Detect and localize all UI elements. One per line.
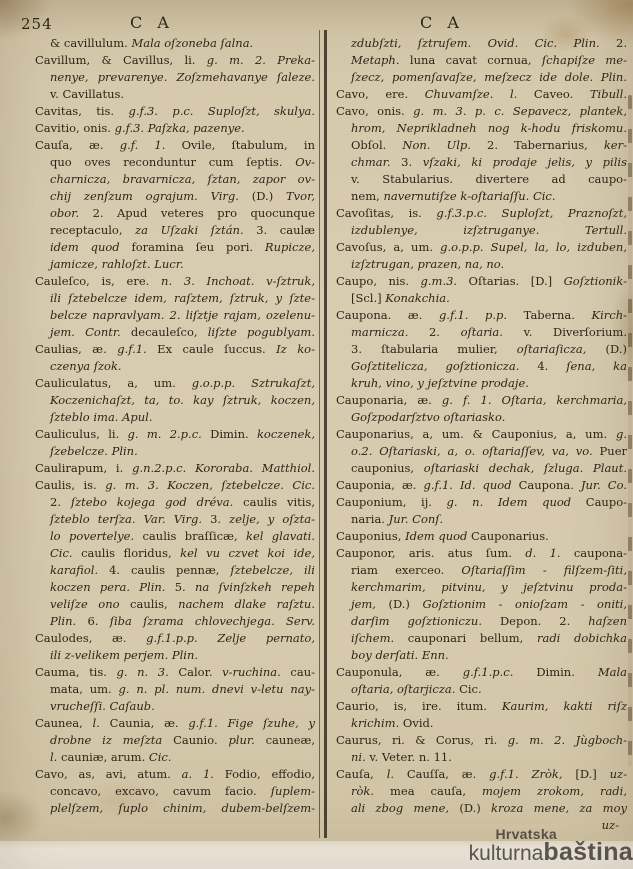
running-header-left: C A — [82, 13, 222, 32]
text-line: Cauponarius, a, um. & Cauponius, a, um. … — [336, 426, 627, 443]
roman-text: cauniæ, arum. — [61, 750, 149, 764]
text-line: belcze napravlyam. 2. liſztje rajam, oze… — [35, 307, 315, 324]
italic-text: ſzteblo ima. Apul. — [50, 410, 153, 424]
text-line: ali zbog mene, (D.) kroza mene, za moy — [336, 800, 627, 817]
text-line: boy derſati. Enn. — [336, 647, 627, 664]
text-line: & cavillulum. Mala oſzoneba ſalna. — [35, 35, 315, 52]
italic-text: l. — [387, 767, 407, 781]
text-line: Cic. caulis floridus, kel vu czvet koi i… — [35, 545, 315, 562]
text-line: Cavo, onis. g. m. 3. p. c. Sepavecz, pla… — [336, 103, 627, 120]
italic-text: obor. — [50, 206, 93, 220]
italic-text: Kirch- — [592, 308, 628, 322]
roman-text: nem, — [351, 189, 383, 203]
roman-text: cau- — [290, 665, 315, 679]
roman-text: cauneæ, — [266, 733, 315, 747]
text-line: concavo, excavo, cavum facio. ſuplem- — [35, 783, 315, 800]
roman-text: [Scl.] — [351, 291, 385, 305]
italic-text: vrucheſſi. Caſaub. — [50, 699, 155, 713]
roman-text: (D.) — [459, 801, 491, 815]
text-line: marnicza. 2. oſtaria. v. Diverſorium. — [336, 324, 627, 341]
roman-text: (D.) — [388, 597, 422, 611]
text-line: Goſztitelicza, goſztionicza. 4. ſena, ka — [336, 358, 627, 375]
italic-text: ſiba ſzrama chlovechjega. Serv. — [110, 614, 315, 628]
text-line: ſzteblo terſza. Var. Virg. 3. zelje, y o… — [35, 511, 315, 528]
italic-text: g.f.1. Id. quod — [423, 478, 518, 492]
roman-text: 6. — [87, 614, 109, 628]
watermark-line2: kulturnabaština — [469, 840, 633, 868]
roman-text: receptaculo, — [50, 223, 135, 237]
italic-text: g.f.1.p.c. — [463, 665, 537, 679]
roman-text: v. Stabularius. divertere ad caupo- — [351, 172, 627, 186]
roman-text: 3. ſtabularia mulier, — [351, 342, 517, 356]
italic-text: Oſtariaſſim - filſzem-ſiti, — [461, 563, 627, 577]
italic-text: g.f.1. Fige ſzuhe, y — [188, 716, 315, 730]
italic-text: ſzebelcze. Plin. — [50, 444, 138, 458]
text-line: koczen pera. Plin. 5. na ſvinſzkeh repeh — [35, 579, 315, 596]
text-line: Cavo, as, avi, atum. a. 1. Fodio, effodi… — [35, 766, 315, 783]
roman-text: Cic. — [459, 682, 482, 696]
roman-text: Cavo, as, avi, atum. — [35, 767, 182, 781]
roman-text: caulis braſſicæ, — [142, 529, 246, 543]
italic-text: Plin. — [50, 614, 87, 628]
roman-text: 5. — [175, 580, 195, 594]
text-line: Cauponor, aris. atus ſum. d. 1. caupona- — [336, 545, 627, 562]
roman-text: v. Cavillatus. — [50, 87, 124, 101]
roman-text: Dimin. — [210, 427, 257, 441]
italic-text: haſzen — [588, 614, 627, 628]
text-line: ili ſztebelcze idem, raſztem, ſztruk, y … — [35, 290, 315, 307]
italic-text: Koczenichaſzt, ta, to. kay ſztruk, kocze… — [50, 393, 315, 407]
text-line: lo povertelye. caulis braſſicæ, kel glav… — [35, 528, 315, 545]
roman-text: Cavo, ere. — [336, 87, 425, 101]
text-line: Caupo, nis. g.m.3. Oſtarias. [D.] Goſzti… — [336, 273, 627, 290]
italic-text: Mala oſzoneba ſalna. — [131, 36, 253, 50]
text-line: Cauponaria, æ. g. f. 1. Oſtaria, kerchma… — [336, 392, 627, 409]
roman-text: Cavoſitas, is. — [336, 206, 436, 220]
italic-text: darſim goſztioniczu. — [351, 614, 500, 628]
roman-text: Cauponium, ij. — [336, 495, 447, 509]
text-line: iſchem. cauponari bellum, radi dobichka — [336, 630, 627, 647]
italic-text: za Uſzaki ſztán. — [135, 223, 256, 237]
italic-text: o.2. Oſtariaski, a, o. oſtariaſſev, va, … — [351, 444, 600, 458]
italic-text: ni. — [351, 750, 369, 764]
italic-text: kroza mene, za moy — [491, 801, 627, 815]
italic-text: lo povertelye. — [50, 529, 142, 543]
column-divider-thick-rule — [324, 30, 327, 838]
text-line: naria. Jur. Conſ. — [336, 511, 627, 528]
roman-text: Caulirapum, i. — [35, 461, 132, 475]
text-line: 3. ſtabularia mulier, oſtariaſicza, (D.) — [336, 341, 627, 358]
column-divider-thin-rule — [319, 30, 320, 838]
text-line: Cavitas, tis. g.f.3. p.c. Suploſzt, skul… — [35, 103, 315, 120]
roman-text: Cauponarius. — [471, 529, 549, 543]
text-line: chij zenſzum ograjum. Virg. (D.) Tvor, — [35, 188, 315, 205]
text-line: ni. v. Veter. n. 11. — [336, 749, 627, 766]
italic-text: Kaurim, kakti riſz — [502, 699, 627, 713]
italic-text: hrom, Neprikladneh nog k-hodu friskomu. — [351, 121, 627, 135]
text-line: Cavoſus, a, um. g.o.p.p. Supel, la, lo, … — [336, 239, 627, 256]
text-line: karafiol. 4. caulis pennæ, ſztebelcze, i… — [35, 562, 315, 579]
roman-text: caulis floridus, — [81, 546, 180, 560]
text-line: riam exerceo. Oſtariaſſim - filſzem-ſiti… — [336, 562, 627, 579]
italic-text: jem, — [351, 597, 388, 611]
italic-text: czenya ſzok. — [50, 359, 122, 373]
italic-text: Metaph. — [351, 53, 410, 67]
italic-text: ſena, ka — [566, 359, 627, 373]
roman-text: Cauponor, aris. atus ſum. — [336, 546, 525, 560]
roman-text: mea cauſa, — [390, 784, 482, 798]
roman-text: Puer — [600, 444, 627, 458]
text-line: nenye, prevarenye. Zoſzmehavanye ſaleze. — [35, 69, 315, 86]
text-line: Cauleſco, is, ere. n. 3. Inchoat. v-ſztr… — [35, 273, 315, 290]
roman-text: Dimin. — [536, 665, 598, 679]
roman-text: Cavillum, & Cavillus, li. — [35, 53, 207, 67]
watermark: Hrvatska kulturnabaština — [469, 828, 633, 868]
italic-text: g.f.1. Zròk, — [489, 767, 575, 781]
text-line: Cauponula, æ. g.f.1.p.c. Dimin. Mala — [336, 664, 627, 681]
roman-text: riam exerceo. — [351, 563, 461, 577]
running-header-right: C A — [372, 13, 512, 32]
text-line: Cauſa, æ. g.f. 1. Ovile, ſtabulum, in — [35, 137, 315, 154]
text-line: jem, (D.) Goſztionim - onioſzam - oniti, — [336, 596, 627, 613]
text-line: kerchmarim, pitvinu, y jeſztvinu proda- — [336, 579, 627, 596]
italic-text: g.f.1. p.p. — [439, 308, 524, 322]
italic-text: ker- — [604, 138, 627, 152]
italic-text: chmar. — [351, 155, 401, 169]
italic-text: koczenek, — [257, 427, 315, 441]
text-line: ròk. mea cauſa, mojem zrokom, radi, — [336, 783, 627, 800]
text-line: nem, navernutiſze k-oſtariaſſu. Cic. — [336, 188, 627, 205]
italic-text: ili ſztebelcze idem, raſztem, ſztruk, y … — [50, 291, 315, 305]
roman-text: Caupo, nis. — [336, 274, 421, 288]
roman-text: Cauponarius, a, um. & Cauponius, a, um. — [336, 427, 616, 441]
roman-text: 4. — [537, 359, 566, 373]
text-line: zdubſzti, ſztruſem. Ovid. Cic. Plin. 2. — [336, 35, 627, 52]
italic-text: radi dobichka — [537, 631, 627, 645]
roman-text: Caurio, is, ire. itum. — [336, 699, 502, 713]
text-line: plelſzem, ſuplo chinim, dubem-belſzem- — [35, 800, 315, 817]
italic-text: oſtaria. — [461, 325, 524, 339]
italic-text: l. — [93, 716, 110, 730]
italic-text: Goſztitelicza, goſztionicza. — [351, 359, 537, 373]
roman-text: Ovile, ſtabulum, in — [182, 138, 315, 152]
text-line: Cauponius, Idem quod Cauponarius. — [336, 528, 627, 545]
roman-text: Cauponia, æ. — [336, 478, 423, 492]
text-line: Cauponium, ij. g. n. Idem quod Caupo- — [336, 494, 627, 511]
roman-text: Fodio, effodio, — [225, 767, 315, 781]
roman-text: 2. — [429, 325, 461, 339]
roman-text: Cauma, tis. — [35, 665, 117, 679]
italic-text: Cic. — [149, 750, 172, 764]
italic-text: l. — [50, 750, 61, 764]
roman-text: v. Diverſorium. — [524, 325, 627, 339]
italic-text: zelje, y oſzta- — [229, 512, 315, 526]
italic-text: Iz ko- — [276, 342, 315, 356]
roman-text: Cauliculus, li. — [35, 427, 128, 441]
italic-text: kerchmarim, pitvinu, y jeſztvinu proda- — [351, 580, 627, 594]
text-line: darſim goſztioniczu. Depon. 2. haſzen — [336, 613, 627, 630]
italic-text: d. 1. — [525, 546, 574, 560]
italic-text: kruh, vino, y jeſztvine prodaje. — [351, 376, 529, 390]
italic-text: g.f.3. Paſzka, pazenye. — [115, 121, 245, 135]
watermark-bastina: baština — [543, 838, 633, 866]
roman-text: Caunia, æ. — [110, 716, 189, 730]
italic-text: ili z-velikem perjem. Plin. — [50, 648, 198, 662]
italic-text: oſtariaſicza, — [517, 342, 606, 356]
roman-text: Cavitas, tis. — [35, 104, 128, 118]
text-line: drobne iz meſzta Caunio. plur. cauneæ, — [35, 732, 315, 749]
roman-text: 2. — [50, 495, 71, 509]
roman-text: & cavillulum. — [50, 36, 131, 50]
italic-text: ſchapiſze me- — [542, 53, 627, 67]
italic-text: g. — [616, 427, 627, 441]
text-line: vrucheſſi. Caſaub. — [35, 698, 315, 715]
text-line: receptaculo, za Uſzaki ſztán. 3. caulæ — [35, 222, 315, 239]
roman-text: Caupona. æ. — [336, 308, 439, 322]
roman-text: v. Veter. n. 11. — [369, 750, 451, 764]
text-line: Obſol. Non. Ulp. 2. Tabernarius, ker- — [336, 137, 627, 154]
text-line: o.2. Oſtariaski, a, o. oſtariaſſev, va, … — [336, 443, 627, 460]
roman-text: caulis, — [130, 597, 178, 611]
roman-text: Caupona. — [519, 478, 581, 492]
roman-text: Cavitio, onis. — [35, 121, 115, 135]
text-line: Caunea, l. Caunia, æ. g.f.1. Fige ſzuhe,… — [35, 715, 315, 732]
italic-text: navernutiſze k-oſtariaſſu. Cic. — [383, 189, 555, 203]
italic-text: Non. Ulp. — [402, 138, 487, 152]
text-line: Metaph. luna cavat cornua, ſchapiſze me- — [336, 52, 627, 69]
italic-text: zdubſzti, ſztruſem. Ovid. Cic. Plin. — [351, 36, 616, 50]
italic-text: g. m. 2. Preka- — [207, 53, 315, 67]
text-line: Plin. 6. ſiba ſzrama chlovechjega. Serv. — [35, 613, 315, 630]
roman-text: Cauponius, — [336, 529, 405, 543]
italic-text: oſtaria, oſtarjicza. — [351, 682, 459, 696]
italic-text: Goſztionim - onioſzam - oniti, — [422, 597, 627, 611]
text-line: cauponius, oſtariaski dechak, ſzluga. Pl… — [336, 460, 627, 477]
text-line: Caulis, is. g. m. 3. Koczen, ſztebelcze.… — [35, 477, 315, 494]
italic-text: g.f. 1. — [120, 138, 182, 152]
roman-text: caulis vitis, — [243, 495, 315, 509]
text-line: Cavo, ere. Chuvamſze. l. Caveo. Tibull. — [336, 86, 627, 103]
roman-text: Cauponula, æ. — [336, 665, 463, 679]
text-line: v. Cavillatus. — [35, 86, 315, 103]
roman-text: Ex caule ſuccus. — [157, 342, 276, 356]
italic-text: g.f.1. — [117, 342, 157, 356]
text-line: Cavoſitas, is. g.f.3.p.c. Suploſzt, Praz… — [336, 205, 627, 222]
italic-text: kel vu czvet koi ide, — [180, 546, 315, 560]
italic-text: g.n.2.p.c. Kororaba. Matthiol. — [132, 461, 315, 475]
italic-text: jem. Contr. — [50, 325, 131, 339]
roman-text: cauponius, — [351, 461, 424, 475]
roman-text: [D.] — [575, 767, 609, 781]
text-line: Cavitio, onis. g.f.3. Paſzka, pazenye. — [35, 120, 315, 137]
roman-text: Cauſa, — [336, 767, 387, 781]
italic-text: vſzaki, ki prodaje jelis, y pilis — [423, 155, 627, 169]
text-line: charnicza, bravarnicza, ſztan, zapor ov- — [35, 171, 315, 188]
italic-text: plur. — [228, 733, 265, 747]
italic-text: izſztrugan, prazen, na, no. — [351, 257, 504, 271]
italic-text: karafiol. — [50, 563, 109, 577]
roman-text: (D.) — [252, 189, 286, 203]
italic-text: Idem quod — [405, 529, 471, 543]
roman-text: 3. — [210, 512, 229, 526]
text-line: czenya ſzok. — [35, 358, 315, 375]
italic-text: idem quod — [50, 240, 131, 254]
italic-text: ſzecz, pomenſavaſze, meſzecz ide dole. P… — [351, 70, 627, 84]
italic-text: nenye, prevarenye. Zoſzmehavanye ſaleze. — [50, 70, 315, 84]
italic-text: mojem zrokom, radi, — [482, 784, 627, 798]
text-line: Cauliculus, li. g. m. 2.p.c. Dimin. kocz… — [35, 426, 315, 443]
italic-text: v-ruchina. — [222, 665, 290, 679]
text-line: Cauſa, l. Cauſſa, æ. g.f.1. Zròk, [D.] u… — [336, 766, 627, 783]
text-line: hrom, Neprikladneh nog k-hodu friskomu. — [336, 120, 627, 137]
italic-text: krichim. — [351, 716, 403, 730]
italic-text: g. n. Idem quod — [447, 495, 586, 509]
text-line: jamicze, rahloſzt. Lucr. — [35, 256, 315, 273]
text-line: ſzecz, pomenſavaſze, meſzecz ide dole. P… — [336, 69, 627, 86]
text-line: l. cauniæ, arum. Cic. — [35, 749, 315, 766]
roman-text: Cauſſa, æ. — [407, 767, 489, 781]
italic-text: boy derſati. Enn. — [351, 648, 449, 662]
roman-text: Caupo- — [586, 495, 627, 509]
roman-text: Caunio. — [173, 733, 228, 747]
roman-text: Caveo. — [534, 87, 590, 101]
text-line: Cavillum, & Cavillus, li. g. m. 2. Preka… — [35, 52, 315, 69]
roman-text: Cavo, onis. — [336, 104, 413, 118]
text-line: mata, um. g. n. pl. num. dnevi v-letu na… — [35, 681, 315, 698]
roman-text: naria. — [351, 512, 389, 526]
text-line: chmar. 3. vſzaki, ki prodaje jelis, y pi… — [336, 154, 627, 171]
italic-text: ſztebelcze, ili — [230, 563, 315, 577]
italic-text: liſzte pogublyam. — [208, 325, 315, 339]
roman-text: decauleſco, — [131, 325, 208, 339]
page-edge-binding-marks — [628, 95, 632, 767]
roman-text: Oſtarias. [D.] — [469, 274, 564, 288]
text-line: Cauma, tis. g. n. 3. Calor. v-ruchina. c… — [35, 664, 315, 681]
italic-text: Mala — [598, 665, 627, 679]
text-line: izſztrugan, prazen, na, no. — [336, 256, 627, 273]
roman-text: caupona- — [574, 546, 627, 560]
italic-text: chij zenſzum ograjum. Virg. — [50, 189, 252, 203]
italic-text: g.f.3. p.c. Suploſzt, skulya. — [128, 104, 315, 118]
italic-text: g.o.p.p. Sztrukaſzt, — [192, 376, 315, 390]
text-line: idem quod foramina ſeu pori. Rupicze, — [35, 239, 315, 256]
roman-text: Caulis, is. — [35, 478, 105, 492]
italic-text: plelſzem, ſuplo chinim, dubem-belſzem- — [50, 801, 315, 815]
italic-text: jamicze, rahloſzt. Lucr. — [50, 257, 184, 271]
page-number: 254 — [21, 15, 53, 33]
italic-text: Tvor, — [286, 189, 315, 203]
italic-text: veliſze ono — [50, 597, 130, 611]
text-line: v. Stabularius. divertere ad caupo- — [336, 171, 627, 188]
italic-text: oſtariaski dechak, ſzluga. Plaut. — [424, 461, 627, 475]
text-line: Caulodes, æ. g.f.1.p.p. Zelje pernato, — [35, 630, 315, 647]
italic-text: Konakchia. — [385, 291, 449, 305]
text-line: izdublenye, izſztruganye. Tertull. — [336, 222, 627, 239]
text-line: oſtaria, oſtarjicza. Cic. — [336, 681, 627, 698]
text-line: quo oves reconduntur cum ſeptis. Ov- — [35, 154, 315, 171]
scanned-page: 254 C A C A & cavillulum. Mala oſzoneba … — [0, 0, 633, 869]
italic-text: g. m. 2.p.c. — [128, 427, 211, 441]
italic-text: charnicza, bravarnicza, ſztan, zapor ov- — [50, 172, 315, 186]
text-line: Caurio, is, ire. itum. Kaurim, kakti riſ… — [336, 698, 627, 715]
roman-text: 3. caulæ — [256, 223, 315, 237]
roman-text: 2. Tabernarius, — [487, 138, 604, 152]
roman-text: Cavoſus, a, um. — [336, 240, 440, 254]
italic-text: g.f.1.p.p. Zelje pernato, — [146, 631, 315, 645]
text-line: ili z-velikem perjem. Plin. — [35, 647, 315, 664]
watermark-kulturna: kulturna — [469, 842, 544, 865]
left-column: & cavillulum. Mala oſzoneba ſalna.Cavill… — [35, 35, 315, 817]
text-line: Goſzpodarſztvo oſtariasko. — [336, 409, 627, 426]
text-line: krichim. Ovid. — [336, 715, 627, 732]
roman-text: concavo, excavo, cavum facio. — [50, 784, 271, 798]
italic-text: g. f. 1. Oſtaria, kerchmaria, — [442, 393, 627, 407]
text-line: Caurus, ri. & Corus, ri. g. m. 2. Jùgboc… — [336, 732, 627, 749]
italic-text: g.o.p.p. Supel, la, lo, izduben, — [440, 240, 627, 254]
roman-text: mata, um. — [50, 682, 119, 696]
italic-text: belcze napravlyam. 2. liſztje rajam, oze… — [50, 308, 315, 322]
roman-text: Ovid. — [403, 716, 434, 730]
italic-text: marnicza. — [351, 325, 429, 339]
text-line: ſzebelcze. Plin. — [35, 443, 315, 460]
italic-text: iſchem. — [351, 631, 408, 645]
text-line: Caulias, æ. g.f.1. Ex caule ſuccus. Iz k… — [35, 341, 315, 358]
italic-text: ali zbog mene, — [351, 801, 459, 815]
roman-text: Cauliculatus, a, um. — [35, 376, 192, 390]
italic-text: a. 1. — [182, 767, 225, 781]
roman-text: Depon. 2. — [500, 614, 588, 628]
text-line: Cauliculatus, a, um. g.o.p.p. Sztrukaſzt… — [35, 375, 315, 392]
text-line: obor. 2. Apud veteres pro quocunque — [35, 205, 315, 222]
italic-text: ſztebo kojega god dréva. — [71, 495, 243, 509]
italic-text: uz- — [610, 767, 627, 781]
italic-text: Goſztionik- — [564, 274, 627, 288]
roman-text: Obſol. — [351, 138, 402, 152]
italic-text: g. m. 3. Koczen, ſztebelcze. Cic. — [105, 478, 315, 492]
text-line: kruh, vino, y jeſztvine prodaje. — [336, 375, 627, 392]
italic-text: Tibull. — [590, 87, 627, 101]
roman-text: 4. caulis pennæ, — [109, 563, 230, 577]
italic-text: g.f.3.p.c. Suploſzt, Praznoſzt, — [436, 206, 627, 220]
italic-text: koczen pera. Plin. — [50, 580, 175, 594]
roman-text: (D.) — [606, 342, 627, 356]
roman-text: Caulodes, æ. — [35, 631, 146, 645]
italic-text: g.m.3. — [421, 274, 469, 288]
italic-text: g. n. 3. — [117, 665, 179, 679]
italic-text: ſuplem- — [271, 784, 315, 798]
text-line: ſzteblo ima. Apul. — [35, 409, 315, 426]
italic-text: ròk. — [351, 784, 390, 798]
text-line: veliſze ono caulis, nachem dlake raſztu. — [35, 596, 315, 613]
roman-text: Calor. — [178, 665, 222, 679]
roman-text: 2. — [616, 36, 627, 50]
italic-text: g. m. 2. Jùgboch- — [508, 733, 627, 747]
italic-text: Chuvamſze. l. — [425, 87, 534, 101]
right-column: zdubſzti, ſztruſem. Ovid. Cic. Plin. 2.M… — [336, 35, 627, 834]
text-line: Caulirapum, i. g.n.2.p.c. Kororaba. Matt… — [35, 460, 315, 477]
italic-text: Ov- — [295, 155, 315, 169]
italic-text: izdublenye, izſztruganye. Tertull. — [351, 223, 627, 237]
text-line: Koczenichaſzt, ta, to. kay ſztruk, kocze… — [35, 392, 315, 409]
italic-text: Jur. Conſ. — [389, 512, 444, 526]
italic-text: drobne iz meſzta — [50, 733, 173, 747]
italic-text: Rupicze, — [265, 240, 315, 254]
roman-text: Cauponaria, æ. — [336, 393, 442, 407]
roman-text: 2. Apud veteres pro quocunque — [93, 206, 315, 220]
text-line: Caupona. æ. g.f.1. p.p. Taberna. Kirch- — [336, 307, 627, 324]
roman-text: Caunea, — [35, 716, 93, 730]
roman-text: Cauſa, æ. — [35, 138, 120, 152]
